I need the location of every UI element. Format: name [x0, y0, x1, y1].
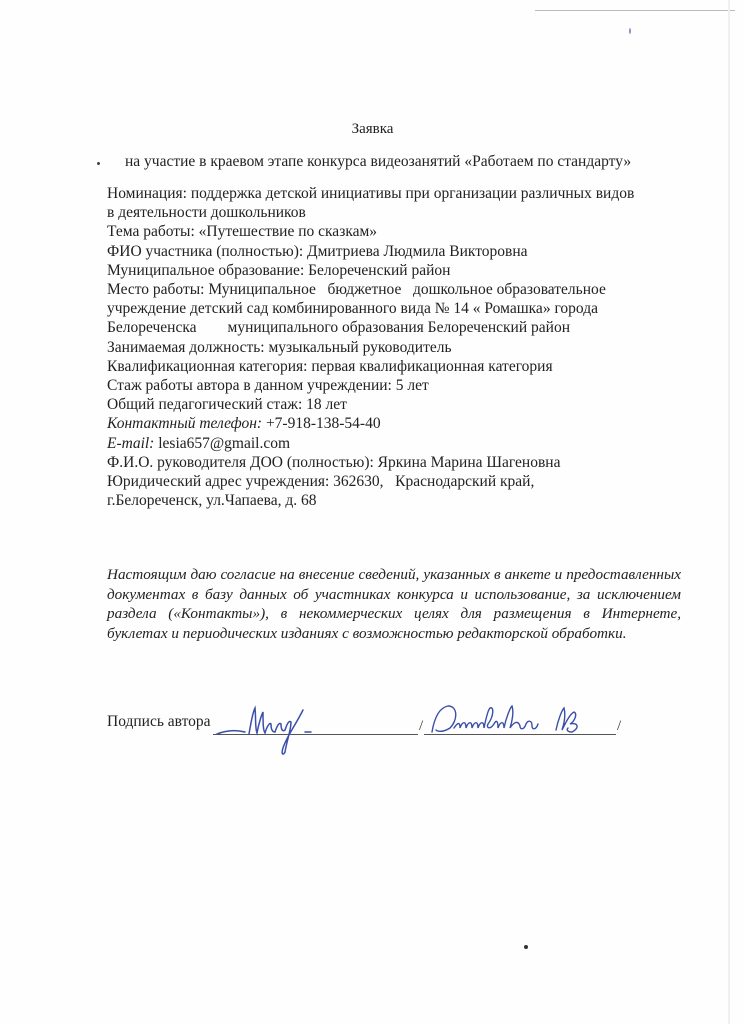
field-email: E-mail: lesia657@gmail.com	[107, 434, 692, 453]
email-label: E-mail:	[107, 435, 154, 452]
email-value: lesia657@gmail.com	[154, 435, 290, 452]
field-qualification: Квалификационная категория: первая квали…	[107, 357, 692, 376]
field-municipality: Муниципальное образование: Белореченский…	[107, 261, 692, 280]
field-experience-local: Стаж работы автора в данном учреждении: …	[107, 376, 692, 395]
field-workplace-2: учреждение детский сад комбинированного …	[107, 299, 692, 318]
field-workplace-3: Белореченска муниципального образования …	[107, 318, 692, 337]
consent-paragraph: Настоящим даю согласие на внесение сведе…	[107, 565, 681, 643]
field-experience-total: Общий педагогический стаж: 18 лет	[107, 395, 692, 414]
field-workplace-1: Место работы: Муниципальное бюджетное до…	[107, 280, 692, 299]
field-nomination-1: Номинация: поддержка детской инициативы …	[107, 184, 692, 203]
phone-label: Контактный телефон:	[107, 415, 262, 432]
signature-separator-left: /	[419, 718, 423, 735]
scan-speck	[97, 162, 100, 165]
document-subtitle: на участие в краевом этапе конкурса виде…	[125, 153, 631, 171]
scan-speck	[524, 945, 528, 949]
field-position: Занимаемая должность: музыкальный руково…	[107, 338, 692, 357]
handwritten-name	[428, 702, 618, 736]
field-address-1: Юридический адрес учреждения: 362630, Кр…	[107, 472, 692, 491]
field-address-2: г.Белореченск, ул.Чапаева, д. 68	[107, 491, 692, 510]
signature-label: Подпись автора	[107, 713, 211, 731]
field-topic: Тема работы: «Путешествие по сказкам»	[107, 222, 692, 241]
field-phone: Контактный телефон: +7-918-138-54-40	[107, 414, 692, 433]
field-director-name: Ф.И.О. руководителя ДОО (полностью): Ярк…	[107, 453, 692, 472]
scan-speck	[629, 28, 631, 34]
document-title: Заявка	[0, 121, 745, 138]
scan-edge-shadow	[728, 0, 730, 1024]
handwritten-signature	[215, 700, 325, 760]
field-participant-name: ФИО участника (полностью): Дмитриева Люд…	[107, 242, 692, 261]
phone-value: +7-918-138-54-40	[262, 415, 381, 432]
field-nomination-2: в деятельности дошкольников	[107, 203, 692, 222]
scanned-page: Заявка на участие в краевом этапе конкур…	[0, 0, 745, 1024]
application-fields: Номинация: поддержка детской инициативы …	[107, 184, 692, 510]
scan-edge-line	[535, 10, 735, 11]
